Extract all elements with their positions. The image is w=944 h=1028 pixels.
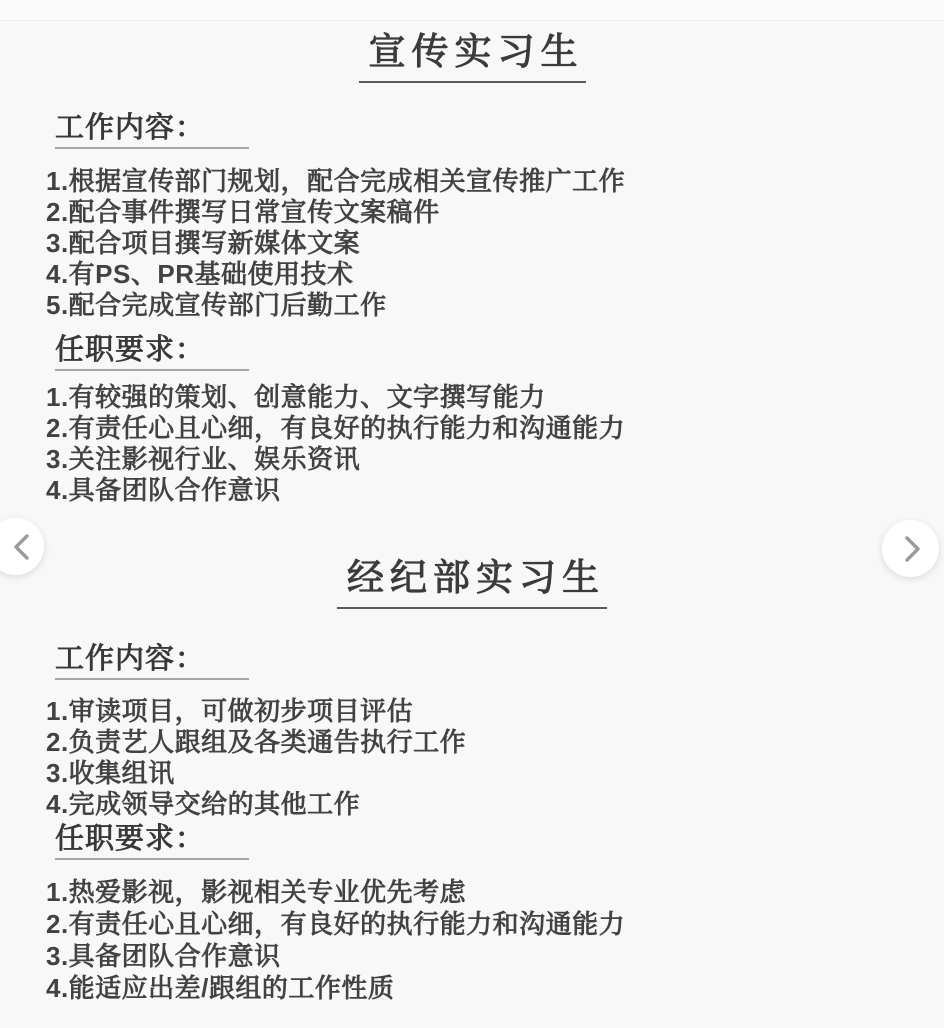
list-item: 4.有PS、PR基础使用技术 bbox=[46, 259, 924, 290]
section-heading-work-content-1: 工作内容： bbox=[55, 112, 249, 149]
section-heading-requirements-2: 任职要求： bbox=[55, 823, 249, 860]
list-item: 3.具备团队合作意识 bbox=[46, 940, 924, 972]
job-title-agency-intern: 经纪部实习生 bbox=[0, 556, 944, 609]
section-heading-requirements-1: 任职要求： bbox=[55, 334, 249, 371]
list-item: 3.收集组讯 bbox=[46, 758, 924, 789]
list-item: 3.配合项目撰写新媒体文案 bbox=[46, 228, 924, 259]
list-item: 1.热爱影视，影视相关专业优先考虑 bbox=[46, 876, 924, 908]
job-description-image-viewer: 宣传实习生 工作内容： 1.根据宣传部门规划，配合完成相关宣传推广工作 2.配合… bbox=[0, 0, 944, 1028]
list-item: 2.配合事件撰写日常宣传文案稿件 bbox=[46, 197, 924, 228]
list-item: 1.审读项目，可做初步项目评估 bbox=[46, 696, 924, 727]
work-content-list-1: 1.根据宣传部门规划，配合完成相关宣传推广工作 2.配合事件撰写日常宣传文案稿件… bbox=[46, 166, 924, 321]
work-content-list-2: 1.审读项目，可做初步项目评估 2.负责艺人跟组及各类通告执行工作 3.收集组讯… bbox=[46, 696, 924, 820]
list-item: 1.有较强的策划、创意能力、文字撰写能力 bbox=[46, 382, 924, 413]
requirements-list-1: 1.有较强的策划、创意能力、文字撰写能力 2.有责任心且心细，有良好的执行能力和… bbox=[46, 382, 924, 506]
list-item: 3.关注影视行业、娱乐资讯 bbox=[46, 444, 924, 475]
requirements-list-2: 1.热爱影视，影视相关专业优先考虑 2.有责任心且心细，有良好的执行能力和沟通能… bbox=[46, 876, 924, 1004]
background-seam bbox=[0, 0, 944, 21]
list-item: 5.配合完成宣传部门后勤工作 bbox=[46, 290, 924, 321]
list-item: 1.根据宣传部门规划，配合完成相关宣传推广工作 bbox=[46, 166, 924, 197]
section-heading-work-content-2: 工作内容： bbox=[55, 643, 249, 680]
job-title-publicity-intern: 宣传实习生 bbox=[0, 30, 944, 83]
list-item: 4.能适应出差/跟组的工作性质 bbox=[46, 972, 924, 1004]
list-item: 2.有责任心且心细，有良好的执行能力和沟通能力 bbox=[46, 908, 924, 940]
job-title-text: 经纪部实习生 bbox=[337, 556, 607, 609]
list-item: 4.完成领导交给的其他工作 bbox=[46, 789, 924, 820]
list-item: 2.有责任心且心细，有良好的执行能力和沟通能力 bbox=[46, 413, 924, 444]
list-item: 4.具备团队合作意识 bbox=[46, 475, 924, 506]
job-title-text: 宣传实习生 bbox=[359, 30, 586, 83]
list-item: 2.负责艺人跟组及各类通告执行工作 bbox=[46, 727, 924, 758]
